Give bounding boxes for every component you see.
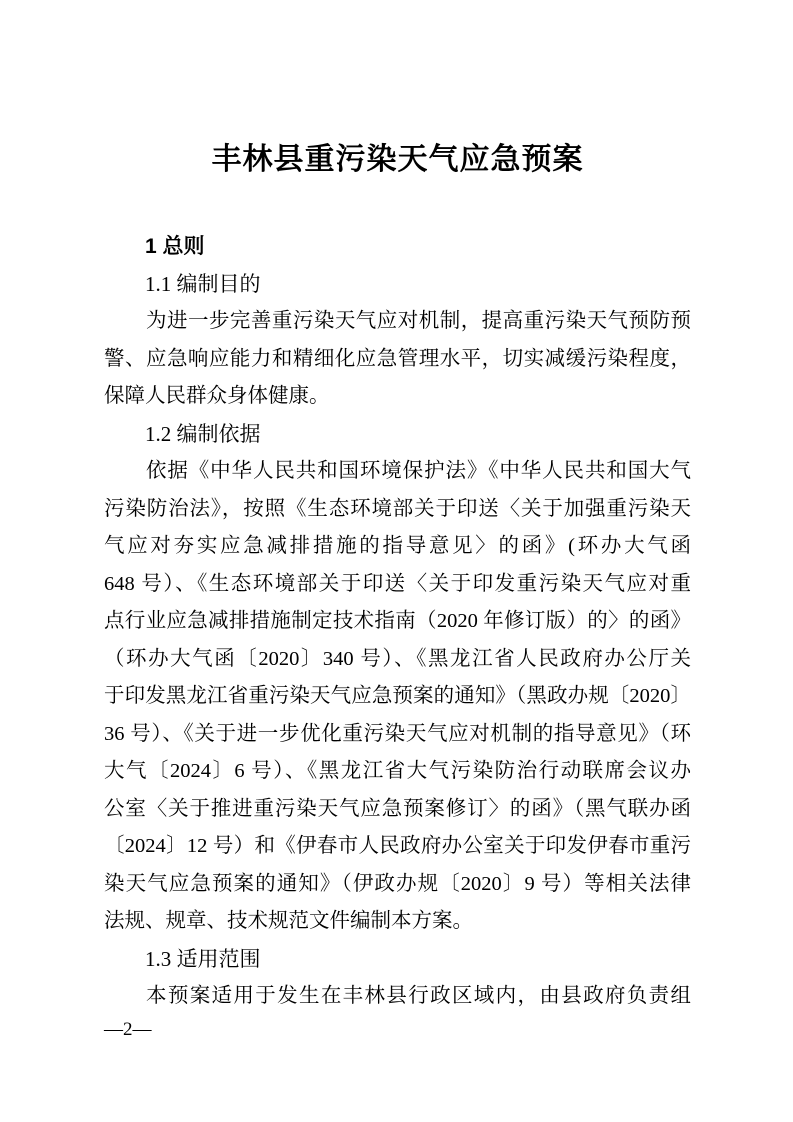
paragraph-basis-line: 36 号）、《关于进一步优化重污染天气应对机制的指导意见》（环: [104, 716, 691, 754]
paragraph-purpose-line: 保障人民群众身体健康。: [104, 378, 691, 416]
page-number: —2—: [104, 1018, 691, 1042]
paragraph-basis-line: 法规、规章、技术规范文件编制本方案。: [104, 903, 691, 941]
paragraph-basis-line: 染天气应急预案的通知》（伊政办规〔2020〕9 号）等相关法律: [104, 866, 691, 904]
paragraph-scope-line: 本预案适用于发生在丰林县行政区域内，由县政府负责组: [104, 978, 691, 1016]
section-heading-1: 1 总则: [104, 228, 691, 266]
paragraph-basis-line: 648 号）、《生态环境部关于印送〈关于印发重污染天气应对重: [104, 566, 691, 604]
subsection-heading-1-2: 1.2 编制依据: [104, 416, 691, 454]
paragraph-basis-line: 〔2024〕12 号）和《伊春市人民政府办公室关于印发伊春市重污: [104, 828, 691, 866]
subsection-heading-1-3: 1.3 适用范围: [104, 941, 691, 979]
document-content: 丰林县重污染天气应急预案 1 总则 1.1 编制目的 为进一步完善重污染天气应对…: [104, 0, 691, 1042]
paragraph-basis-line: 点行业应急减排措施制定技术指南（2020 年修订版）的〉的函》: [104, 603, 691, 641]
document-body: 1 总则 1.1 编制目的 为进一步完善重污染天气应对机制，提高重污染天气预防预…: [104, 228, 691, 1016]
paragraph-basis-line: 依据《中华人民共和国环境保护法》《中华人民共和国大气: [104, 453, 691, 491]
document-page: 丰林县重污染天气应急预案 1 总则 1.1 编制目的 为进一步完善重污染天气应对…: [0, 0, 793, 1122]
paragraph-basis-line: 于印发黑龙江省重污染天气应急预案的通知》（黑政办规〔2020〕: [104, 678, 691, 716]
paragraph-purpose-line: 警、应急响应能力和精细化应急管理水平，切实减缓污染程度，: [104, 341, 691, 379]
document-title: 丰林县重污染天气应急预案: [104, 138, 691, 182]
paragraph-basis-line: 大气〔2024〕6 号）、《黑龙江省大气污染防治行动联席会议办: [104, 753, 691, 791]
paragraph-basis-line: 气应对夯实应急减排措施的指导意见〉的函》(环办大气函〔2019〕: [104, 528, 691, 566]
paragraph-basis-line: 公室〈关于推进重污染天气应急预案修订〉的函》（黑气联办函: [104, 791, 691, 829]
subsection-heading-1-1: 1.1 编制目的: [104, 266, 691, 304]
paragraph-purpose-line: 为进一步完善重污染天气应对机制，提高重污染天气预防预: [104, 303, 691, 341]
paragraph-basis-line: （环办大气函〔2020〕340 号）、《黑龙江省人民政府办公厅关: [104, 641, 691, 679]
paragraph-basis-line: 污染防治法》，按照《生态环境部关于印送〈关于加强重污染天: [104, 491, 691, 529]
